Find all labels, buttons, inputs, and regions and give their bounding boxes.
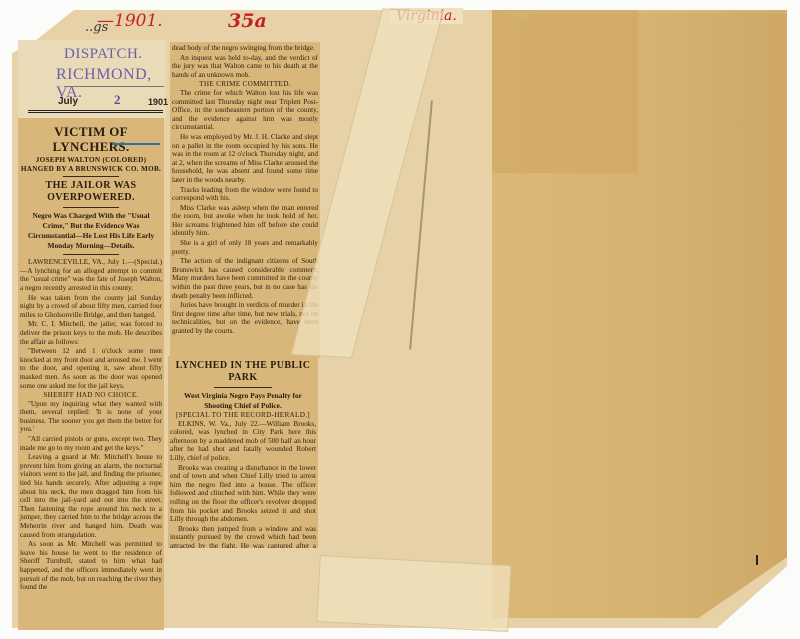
discolored-region-top [492, 10, 638, 173]
stamp-month: July [58, 96, 78, 107]
paragraph: The action of the indignant citizens of … [172, 257, 318, 300]
section-heading: THE CRIME COMMITTED. [172, 80, 318, 89]
paragraph: ELKINS, W. Va., July 22.—William Brooks,… [170, 420, 316, 463]
stamp-rule [64, 86, 164, 87]
newspaper-source-stamp: DISPATCH. RICHMOND, VA. July 2 1901 [18, 40, 166, 118]
paragraph: "Between 12 and 1 o'clock some men knock… [20, 347, 162, 390]
clipping-continued: dead body of the negro swinging from the… [170, 42, 320, 358]
paragraph: Tracks leading from the window were foun… [172, 186, 318, 203]
handwritten-page-number: 35a [228, 10, 267, 32]
blue-pencil-mark [112, 143, 160, 145]
paragraph: The crime for which Walton lost his life… [172, 89, 318, 132]
stamp-double-rule [28, 110, 163, 113]
subheadline: JOSEPH WALTON (COLORED) HANGED BY A BRUN… [20, 156, 162, 173]
adhesive-tape-strip [316, 555, 511, 632]
deck: West Virginia Negro Pays Penalty for Sho… [170, 391, 316, 411]
divider [63, 254, 120, 255]
clipping-lynched-in-public-park: LYNCHED IN THE PUBLIC PARK West Virginia… [168, 356, 318, 548]
stamp-newspaper: DISPATCH. [64, 46, 143, 63]
divider [63, 207, 120, 208]
clipping-victim-of-lynchers: VICTIM OF LYNCHERS. JOSEPH WALTON (COLOR… [18, 118, 164, 630]
divider [63, 176, 120, 177]
paragraph: He was employed by Mr. J. H. Clarke and … [172, 133, 318, 185]
byline: [SPECIAL TO THE RECORD-HERALD.] [170, 411, 316, 420]
paragraph: Brooks was creating a disturbance in the… [170, 464, 316, 524]
paragraph: She is a girl of only 18 years and remar… [172, 239, 318, 256]
headline: VICTIM OF LYNCHERS. [20, 124, 162, 154]
paragraph: He was taken from the county jail Sunday… [20, 294, 162, 320]
paragraph: Brooks then jumped from a window and was… [170, 525, 316, 548]
deck: Negro Was Charged With the "Usual Crime,… [20, 211, 162, 251]
paragraph: Leaving a guard at Mr. Mitchell's house … [20, 453, 162, 539]
paragraph: Mr. C. I. Mitchell, the jailer, was forc… [20, 320, 162, 346]
section-heading: SHERIFF HAD NO CHOICE. [20, 391, 162, 400]
paragraph: dead body of the negro swinging from the… [172, 44, 318, 53]
stamp-day: 2 [114, 92, 121, 108]
paragraph: An inquest was held to-day, and the verd… [172, 54, 318, 80]
paragraph: "Upon my inquiring what they wanted with… [20, 400, 162, 434]
paragraph: LAWRENCEVILLE, VA., July 1.—(Special.)—A… [20, 258, 162, 292]
headline-2: THE JAILOR WAS OVERPOWERED. [20, 180, 162, 204]
paragraph: "All carried pistols or guns, except two… [20, 435, 162, 452]
paragraph: Miss Clarke was asleep when the man ente… [172, 204, 318, 238]
ink-mark [756, 555, 758, 565]
handwritten-year: —1901. [97, 11, 163, 31]
headline: LYNCHED IN THE PUBLIC PARK [170, 360, 316, 384]
paragraph: As soon as Mr. Mitchell was permitted to… [20, 540, 162, 592]
stamp-year: 1901 [148, 97, 168, 107]
divider [214, 387, 272, 388]
